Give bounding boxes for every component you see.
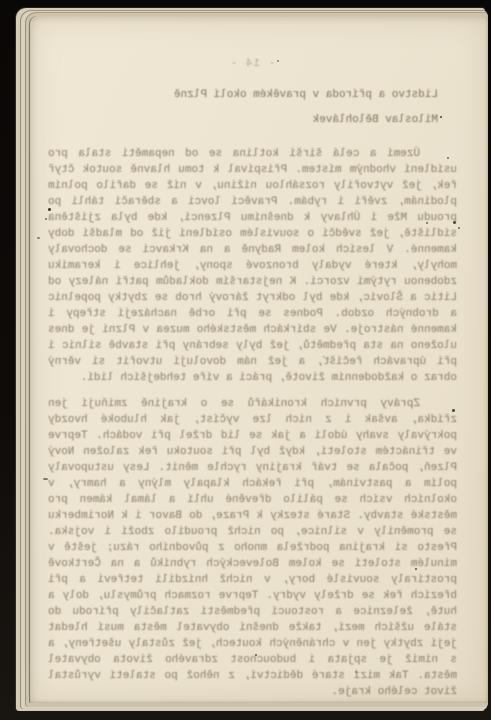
scanned-blank-page: - 14 - Lidstvo a příroda v pravěkém okol… (30, 16, 488, 703)
author-name-ghost: Miloslav Bělohlávek (48, 112, 438, 128)
scanner-background: - 14 - Lidstvo a příroda v pravěkém okol… (0, 0, 491, 720)
page-number-ghost: - 14 - (48, 56, 457, 72)
chapter-title-ghost: Lidstvo a příroda v pravěkém okolí Plzně (48, 87, 438, 103)
paragraph-ghost-2: Zprávy prvních kronikářů se o krajině zm… (48, 396, 457, 700)
bleedthrough-text-block: - 14 - Lidstvo a příroda v pravěkém okol… (48, 56, 457, 700)
paragraph-ghost-1: Území a celá širší kotlina se od nepamět… (48, 146, 457, 386)
